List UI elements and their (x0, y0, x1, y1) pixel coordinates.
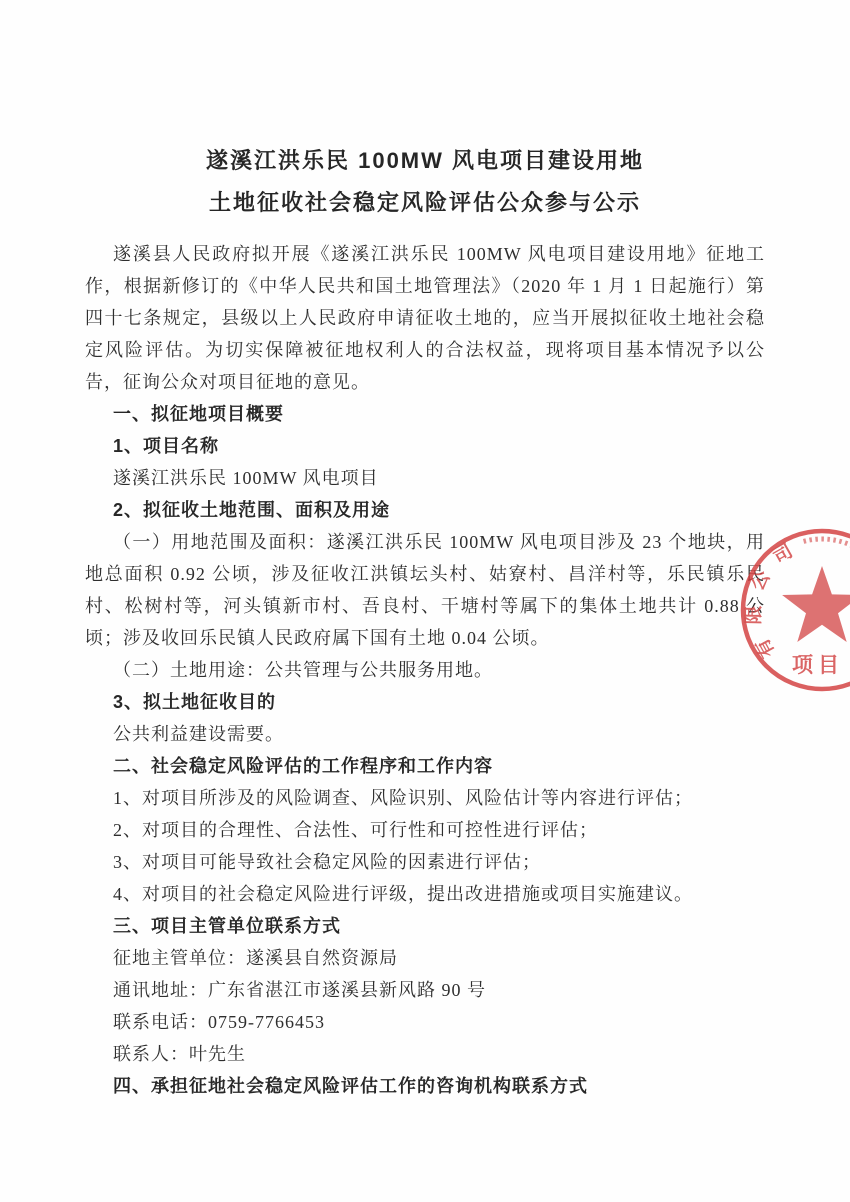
authority-line: 征地主管单位：遂溪县自然资源局 (85, 942, 765, 974)
land-scope-paragraph: （一）用地范围及面积：遂溪江洪乐民 100MW 风电项目涉及 23 个地块，用地… (85, 526, 765, 654)
section-1-heading: 一、拟征地项目概要 (85, 398, 765, 430)
section-1-sub-2-heading: 2、拟征收土地范围、面积及用途 (85, 494, 765, 526)
seal-bottom-text: 项目 (792, 654, 844, 677)
land-use-line: （二）土地用途：公共管理与公共服务用地。 (85, 654, 765, 686)
phone-line: 联系电话：0759-7766453 (85, 1006, 765, 1038)
document-body: 遂溪县人民政府拟开展《遂溪江洪乐民 100MW 风电项目建设用地》征地工作，根据… (85, 238, 765, 1102)
project-name-line: 遂溪江洪乐民 100MW 风电项目 (85, 462, 765, 494)
assessment-item: 2、对项目的合理性、合法性、可行性和可控性进行评估； (85, 814, 765, 846)
document-content: 遂溪江洪乐民 100MW 风电项目建设用地 土地征收社会稳定风险评估公众参与公示… (85, 140, 765, 1102)
assessment-item: 4、对项目的社会稳定风险进行评级，提出改进措施或项目实施建议。 (85, 878, 765, 910)
scanned-notice-page: 遂溪江洪乐民 100MW 风电项目建设用地 土地征收社会稳定风险评估公众参与公示… (0, 0, 850, 1202)
intro-paragraph: 遂溪县人民政府拟开展《遂溪江洪乐民 100MW 风电项目建设用地》征地工作，根据… (85, 238, 765, 398)
assessment-item: 1、对项目所涉及的风险调查、风险识别、风险估计等内容进行评估； (85, 782, 765, 814)
star-icon (782, 566, 850, 642)
section-2-heading: 二、社会稳定风险评估的工作程序和工作内容 (85, 750, 765, 782)
seal-fine-text (804, 539, 850, 560)
title-line-1: 遂溪江洪乐民 100MW 风电项目建设用地 (85, 140, 765, 182)
document-title: 遂溪江洪乐民 100MW 风电项目建设用地 土地征收社会稳定风险评估公众参与公示 (85, 140, 765, 224)
purpose-line: 公共利益建设需要。 (85, 718, 765, 750)
address-line: 通讯地址：广东省湛江市遂溪县新风路 90 号 (85, 974, 765, 1006)
section-1-sub-1-heading: 1、项目名称 (85, 430, 765, 462)
section-1-sub-3-heading: 3、拟土地征收目的 (85, 686, 765, 718)
contact-person-line: 联系人：叶先生 (85, 1038, 765, 1070)
title-line-2: 土地征收社会稳定风险评估公众参与公示 (85, 182, 765, 224)
section-4-heading: 四、承担征地社会稳定风险评估工作的咨询机构联系方式 (85, 1070, 765, 1102)
section-3-heading: 三、项目主管单位联系方式 (85, 910, 765, 942)
assessment-item: 3、对项目可能导致社会稳定风险的因素进行评估； (85, 846, 765, 878)
